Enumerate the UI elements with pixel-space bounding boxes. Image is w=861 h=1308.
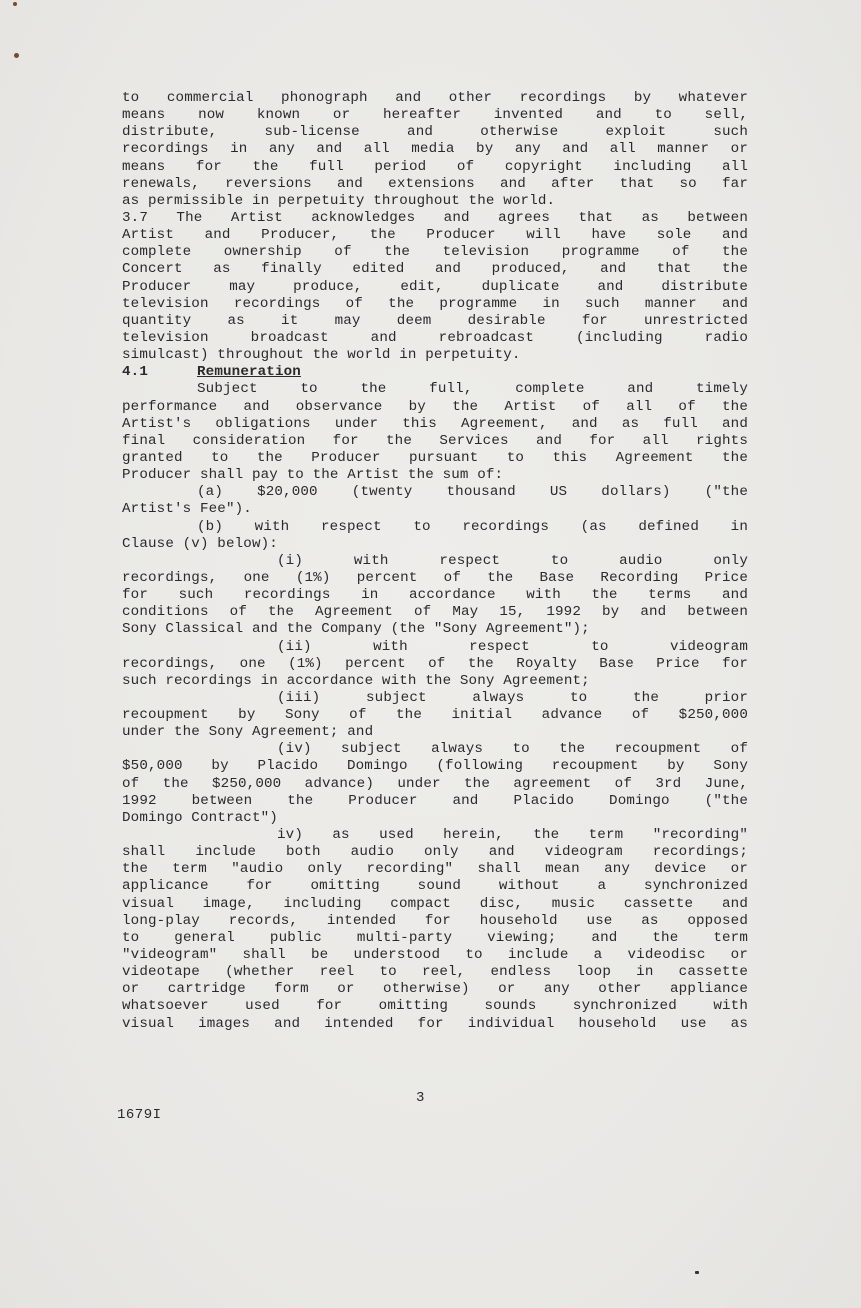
document-code: 1679I xyxy=(117,1107,162,1123)
text-line: (a) $20,000 (twenty thousand US dollars)… xyxy=(122,484,748,501)
text-line: to commercial phonograph and other recor… xyxy=(122,90,748,107)
text-line: long-play records, intended for househol… xyxy=(122,913,748,930)
text-line: television broadcast and rebroadcast (in… xyxy=(122,330,748,347)
text-line: renewals, reversions and extensions and … xyxy=(122,176,748,193)
text-line: Artist and Producer, the Producer will h… xyxy=(122,227,748,244)
text-line: conditions of the Agreement of May 15, 1… xyxy=(122,604,748,621)
text-line: Artist's Fee"). xyxy=(122,501,748,518)
hole-punch-mark xyxy=(14,53,19,58)
text-line: as permissible in perpetuity throughout … xyxy=(122,193,748,210)
text-line: visual image, including compact disc, mu… xyxy=(122,896,748,913)
text-line: to general public multi-party viewing; a… xyxy=(122,930,748,947)
text-line: (iii) subject always to the prior xyxy=(122,690,748,707)
text-line: television recordings of the programme i… xyxy=(122,296,748,313)
text-line: Clause (v) below): xyxy=(122,536,748,553)
text-line: recoupment by Sony of the initial advanc… xyxy=(122,707,748,724)
text-line: distribute, sub-license and otherwise ex… xyxy=(122,124,748,141)
text-line: under the Sony Agreement; and xyxy=(122,724,748,741)
text-line: (iv) subject always to the recoupment of xyxy=(122,741,748,758)
text-line: means now known or hereafter invented an… xyxy=(122,107,748,124)
text-line: final consideration for the Services and… xyxy=(122,433,748,450)
text-line: Artist's obligations under this Agreemen… xyxy=(122,416,748,433)
text-line: whatsoever used for omitting sounds sync… xyxy=(122,998,748,1015)
text-line: (i) with respect to audio only xyxy=(122,553,748,570)
section-title: Remuneration xyxy=(197,364,301,380)
text-line: (ii) with respect to videogram xyxy=(122,639,748,656)
document-page: to commercial phonograph and other recor… xyxy=(0,0,861,1308)
text-line: Concert as finally edited and produced, … xyxy=(122,261,748,278)
text-line: "videogram" shall be understood to inclu… xyxy=(122,947,748,964)
text-line: recordings in any and all media by any a… xyxy=(122,141,748,158)
text-line: 3.7 The Artist acknowledges and agrees t… xyxy=(122,210,748,227)
text-line: of the $250,000 advance) under the agree… xyxy=(122,776,748,793)
text-line: 1992 between the Producer and Placido Do… xyxy=(122,793,748,810)
text-line: Subject to the full, complete and timely xyxy=(122,381,748,398)
text-line: quantity as it may deem desirable for un… xyxy=(122,313,748,330)
text-line: Domingo Contract") xyxy=(122,810,748,827)
text-line: performance and observance by the Artist… xyxy=(122,399,748,416)
text-line: simulcast) throughout the world in perpe… xyxy=(122,347,748,364)
text-line: granted to the Producer pursuant to this… xyxy=(122,450,748,467)
text-line: the term "audio only recording" shall me… xyxy=(122,861,748,878)
text-line: applicance for omitting sound without a … xyxy=(122,878,748,895)
text-line: visual images and intended for individua… xyxy=(122,1016,748,1033)
text-line: videotape (whether reel to reel, endless… xyxy=(122,964,748,981)
text-line: for such recordings in accordance with t… xyxy=(122,587,748,604)
hole-punch-mark xyxy=(13,2,17,6)
text-line: shall include both audio only and videog… xyxy=(122,844,748,861)
text-line: Producer shall pay to the Artist the sum… xyxy=(122,467,748,484)
page-number: 3 xyxy=(416,1090,424,1106)
text-line: Sony Classical and the Company (the "Son… xyxy=(122,621,748,638)
text-line: or cartridge form or otherwise) or any o… xyxy=(122,981,748,998)
text-line: $50,000 by Placido Domingo (following re… xyxy=(122,758,748,775)
text-line: (b) with respect to recordings (as defin… xyxy=(122,519,748,536)
text-line: means for the full period of copyright i… xyxy=(122,159,748,176)
text-line: recordings, one (1%) percent of the Roya… xyxy=(122,656,748,673)
text-line: complete ownership of the television pro… xyxy=(122,244,748,261)
text-line: Producer may produce, edit, duplicate an… xyxy=(122,279,748,296)
text-line: recordings, one (1%) percent of the Base… xyxy=(122,570,748,587)
section-number: 4.1 xyxy=(122,364,197,381)
contract-body-text: to commercial phonograph and other recor… xyxy=(122,90,748,1033)
text-line: such recordings in accordance with the S… xyxy=(122,673,748,690)
section-heading: 4.1Remuneration xyxy=(122,364,748,381)
text-line: iv) as used herein, the term "recording" xyxy=(122,827,748,844)
ink-speck xyxy=(695,1271,699,1274)
